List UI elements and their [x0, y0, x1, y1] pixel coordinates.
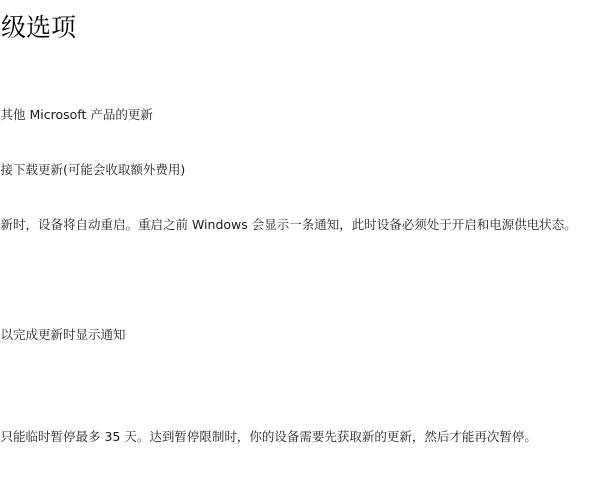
option-restart-notification[interactable]: 启以完成更新时显示通知 — [0, 329, 126, 342]
description-text: 停只能临时暂停最多 35 天。达到暂停限制时，你的设备需要先获取新的更新，然后才… — [0, 429, 537, 444]
option-label: 收其他 Microsoft 产品的更新 — [0, 107, 153, 122]
page-title-text: 高级选项 — [0, 13, 76, 42]
description-text: 更新时，设备将自动重启。重启之前 Windows 会显示一条通知，此时设备必须处… — [0, 217, 577, 232]
page-title: 高级选项 — [0, 15, 76, 40]
option-label: 启以完成更新时显示通知 — [0, 327, 126, 342]
pause-description: 停只能临时暂停最多 35 天。达到暂停限制时，你的设备需要先获取新的更新，然后才… — [0, 431, 537, 444]
advanced-options-page: 高级选项 收其他 Microsoft 产品的更新 连接下载更新(可能会收取额外费… — [0, 0, 600, 500]
option-metered-connection[interactable]: 连接下载更新(可能会收取额外费用) — [0, 164, 185, 177]
restart-description: 更新时，设备将自动重启。重启之前 Windows 会显示一条通知，此时设备必须处… — [0, 219, 577, 232]
option-other-microsoft-products[interactable]: 收其他 Microsoft 产品的更新 — [0, 109, 153, 122]
option-label: 连接下载更新(可能会收取额外费用) — [0, 162, 185, 177]
